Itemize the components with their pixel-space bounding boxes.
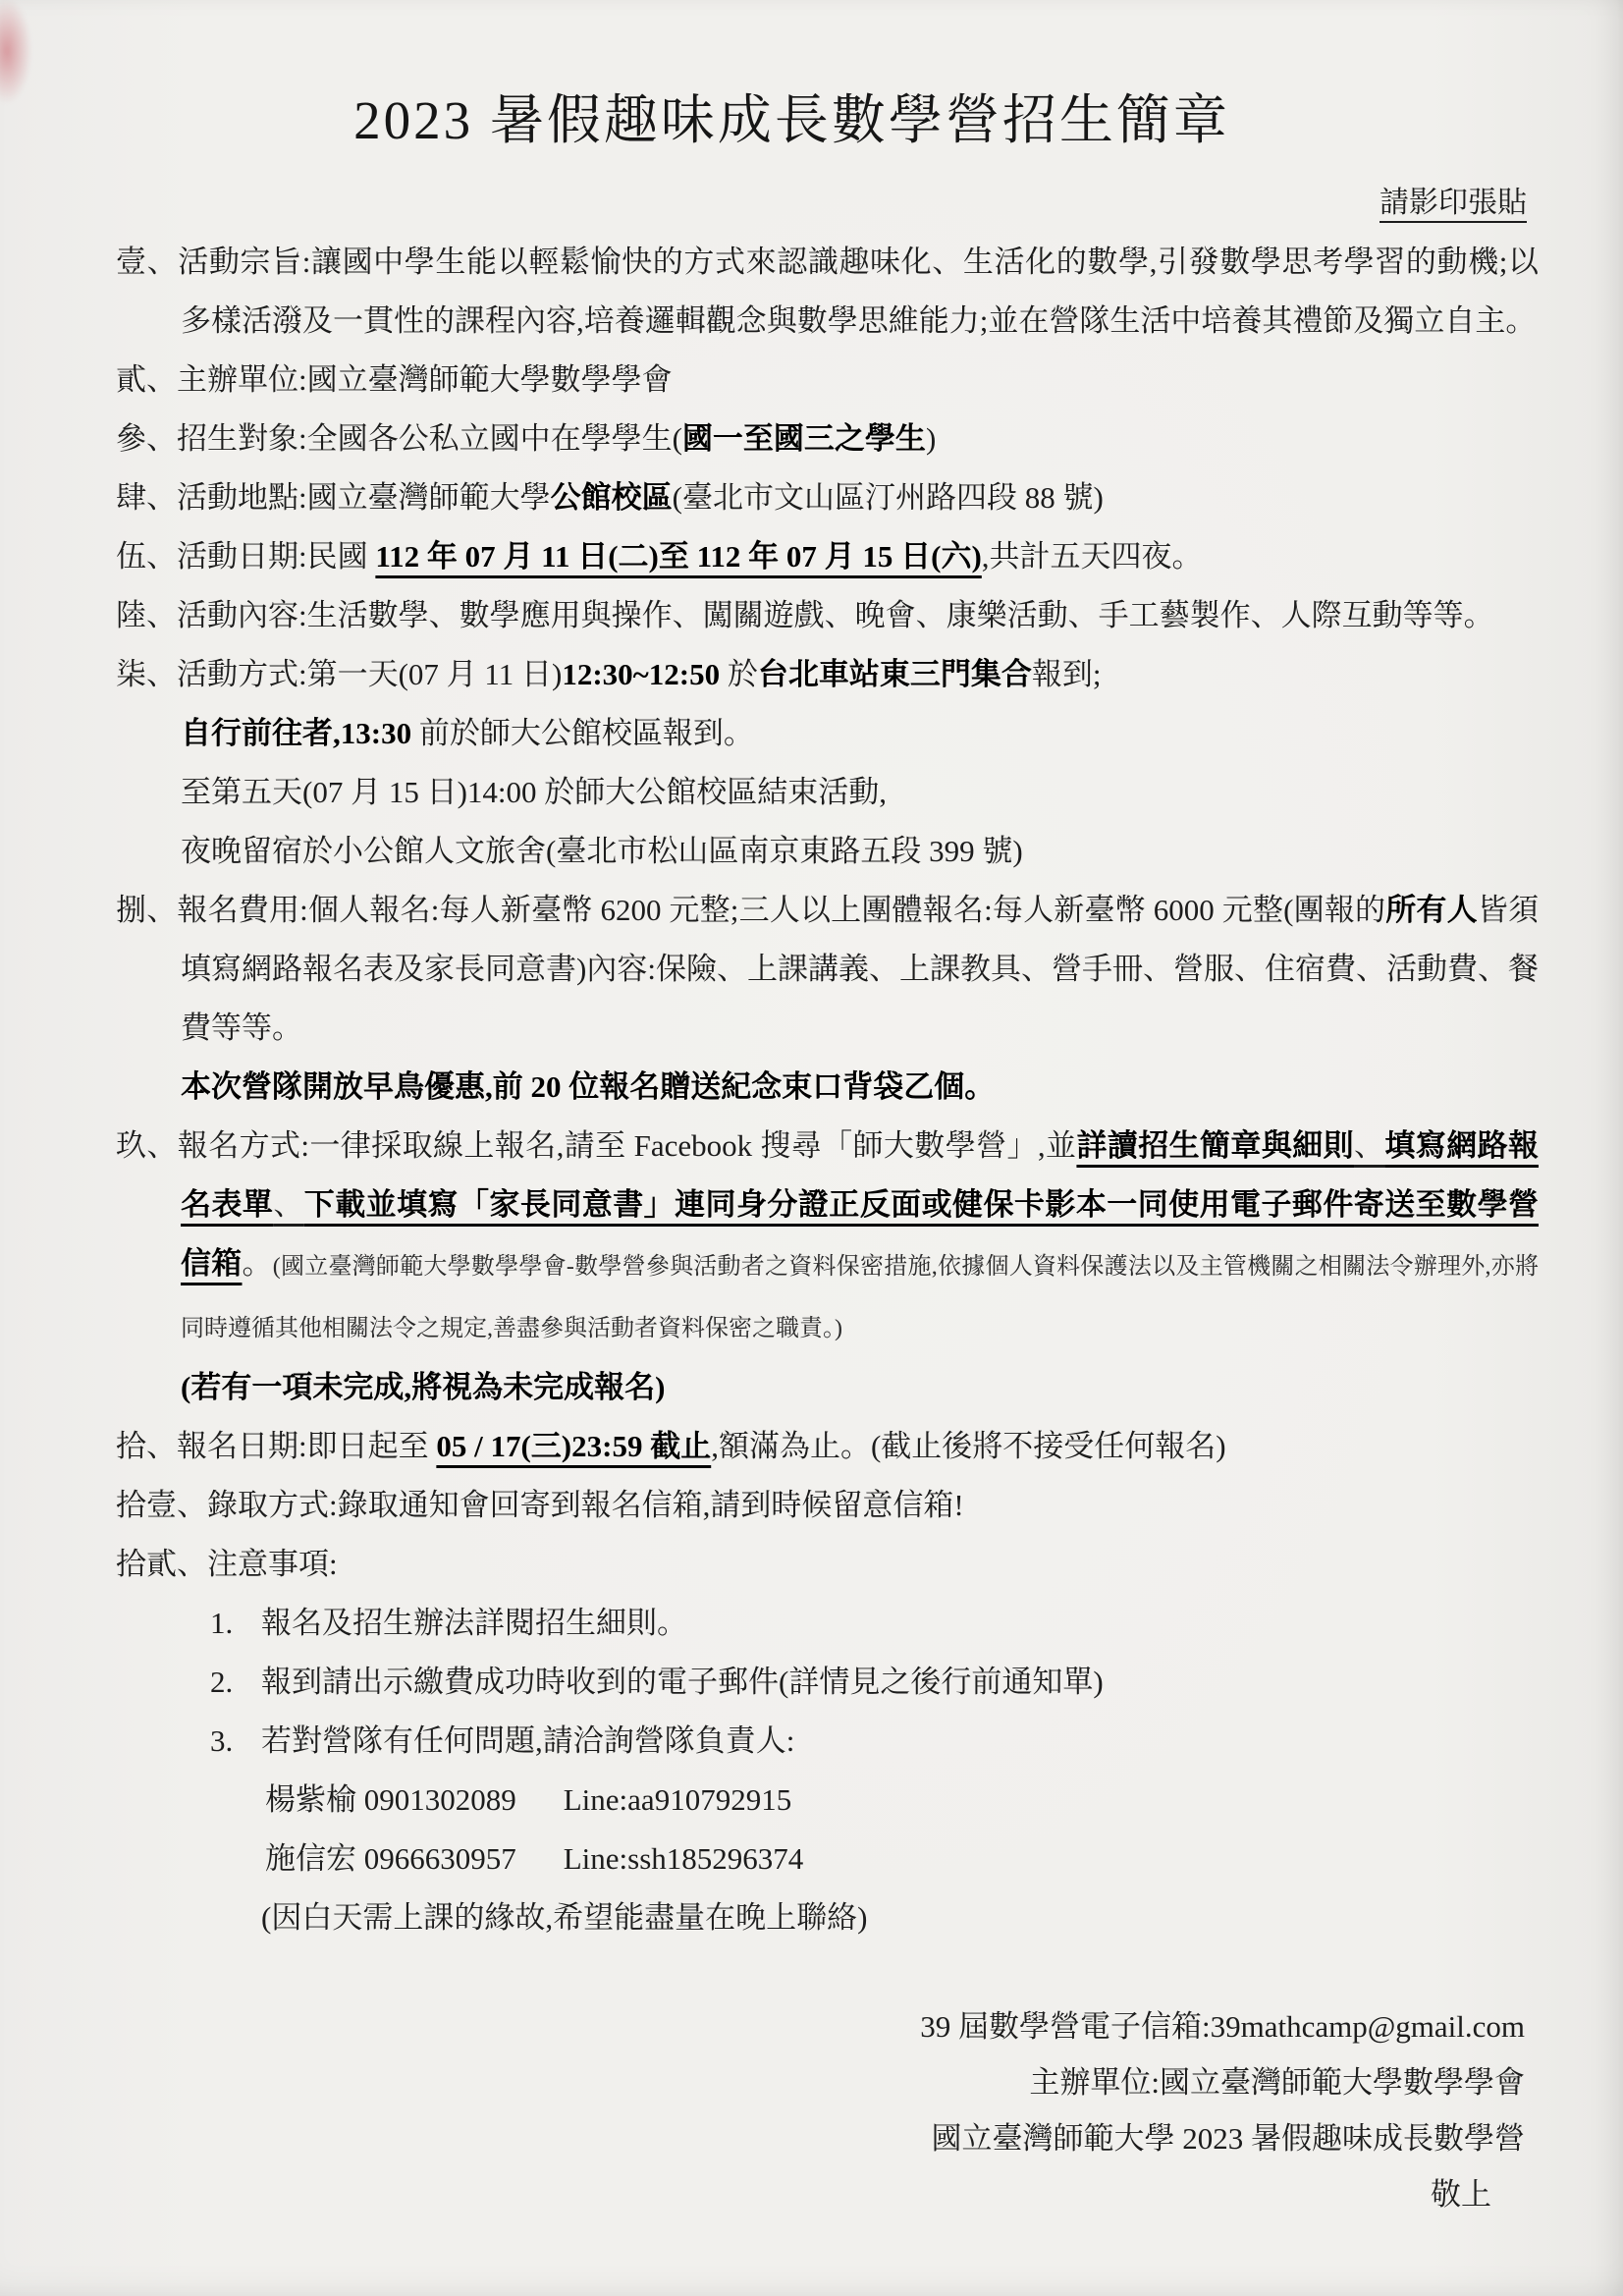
method-cont-self: 自行前往者,13:30 前於師大公館校區報到。 [116,704,1539,763]
text-segment: 活動內容:生活數學、數學應用與操作、闖關遊戲、晚會、康樂活動、手工藝製作、人際互… [177,598,1494,632]
item-label: 貳、 [116,362,177,397]
footer-closing: 敬上 [0,2166,1525,2222]
text-segment: 楊紫榆 0901302089 [265,1782,516,1817]
document-body: 壹、活動宗旨:讓國中學生能以輕鬆愉快的方式來認識趣味化、生活化的數學,引發數學思… [0,221,1623,1947]
text-segment: 公館校區 [551,480,673,515]
item-label: 壹、 [116,245,178,279]
item-label: 參、 [116,421,177,456]
footer-email-line: 39 屆數學營電子信箱:39mathcamp@gmail.com [0,1998,1525,2054]
text-segment: Line:ssh185296374 [564,1841,804,1876]
scanned-document-page: 2023 暑假趣味成長數學營招生簡章 請影印張貼 壹、活動宗旨:讓國中學生能以輕… [0,0,1623,2296]
text-segment: ) [926,421,936,456]
dates-item: 伍、活動日期:民國 112 年 07 月 11 日(二)至 112 年 07 月… [116,527,1539,586]
text-segment: (因白天需上課的緣故,希望能盡量在晚上聯絡) [261,1900,867,1935]
text-segment: 本次營隊開放早鳥優惠,前 20 位報名贈送紀念束口背袋乙個。 [181,1069,995,1104]
text-segment: 招生對象:全國各公私立國中在學學生( [177,421,682,456]
item-label: 柒、 [116,657,177,691]
item-label: 捌、 [116,893,177,927]
item-label: 拾壹、 [116,1488,207,1522]
text-segment: 報到; [1032,657,1102,691]
text-segment: ,額滿為止。(截止後將不接受任何報名) [711,1429,1225,1463]
text-segment: 詳讀招生簡章與細則 [1076,1128,1354,1163]
text-segment: 、 [1354,1128,1384,1163]
location-item: 肆、活動地點:國立臺灣師範大學公館校區(臺北市文山區汀州路四段 88 號) [116,468,1539,527]
text-segment: Line:aa910792915 [564,1782,791,1817]
text-segment: 112 年 07 月 11 日(二)至 112 年 07 月 15 日(六) [375,539,981,574]
document-footer: 39 屆數學營電子信箱:39mathcamp@gmail.com 主辦單位:國立… [0,1998,1623,2222]
text-segment: 12:30~12:50 [562,657,720,691]
text-segment: 05 / 17(三)23:59 截止 [436,1429,711,1463]
text-segment: 於 [720,657,758,691]
item-label: 陸、 [116,598,177,632]
contact-yang: 楊紫榆 0901302089Line:aa910792915 [116,1771,1539,1830]
text-segment: 至第五天(07 月 15 日)14:00 於師大公館校區結束活動, [181,775,887,809]
deadline-item: 拾、報名日期:即日起至 05 / 17(三)23:59 截止,額滿為止。(截止後… [116,1417,1539,1476]
text-segment: 報名費用:個人報名:每人新臺幣 6200 元整;三人以上團體報名:每人新臺幣 6… [177,893,1385,927]
target-item: 參、招生對象:全國各公私立國中在學學生(國一至國三之學生) [116,410,1539,468]
text-segment: 、 [273,1187,303,1222]
text-segment: 活動日期:民國 [177,539,375,574]
text-segment: 注意事項: [207,1547,338,1581]
text-segment: 國一至國三之學生 [682,421,926,456]
text-segment: 活動方式:第一天(07 月 11 日) [177,657,562,691]
text-segment: (臺北市文山區汀州路四段 88 號) [673,480,1104,515]
text-segment: 前於師大公館校區報到。 [411,716,754,750]
fee-item: 捌、報名費用:個人報名:每人新臺幣 6200 元整;三人以上團體報名:每人新臺幣… [116,881,1539,1058]
text-segment: 施信宏 0966630957 [265,1841,516,1876]
text-segment: 台北車站東三門集合 [758,657,1032,691]
method-cont-day5: 至第五天(07 月 15 日)14:00 於師大公館校區結束活動, [116,763,1539,822]
admission-item: 拾壹、錄取方式:錄取通知會回寄到報名信箱,請到時候留意信箱! [116,1476,1539,1535]
contact-time-note: (因白天需上課的緣故,希望能盡量在晚上聯絡) [116,1888,1539,1947]
contact-shi: 施信宏 0966630957Line:ssh185296374 [116,1830,1539,1888]
text-segment: ,共計五天四夜。 [982,539,1203,574]
item-label: 拾、 [116,1429,177,1463]
text-segment: (國立臺灣師範大學數學學會-數學營參與活動者之資料保密措施,依據個人資料保護法以… [181,1254,1539,1341]
item-label: 拾貳、 [116,1547,207,1581]
text-segment: 活動地點:國立臺灣師範大學 [177,480,551,515]
document-title: 2023 暑假趣味成長數學營招生簡章 [0,77,1584,154]
notes-item: 拾貳、注意事項: [116,1535,1539,1594]
organizer-item: 貳、主辦單位:國立臺灣師範大學數學學會 [116,351,1539,410]
content-item: 陸、活動內容:生活數學、數學應用與操作、闖關遊戲、晚會、康樂活動、手工藝製作、人… [116,586,1539,645]
item-label: 玖、 [116,1128,178,1163]
text-segment: 報名方式:一律採取線上報名,請至 Facebook 搜尋「師大數學營」,並 [178,1128,1077,1163]
text-segment: (若有一項未完成,將視為未完成報名) [181,1370,665,1404]
item-label: 伍、 [116,539,177,574]
text-segment: 主辦單位:國立臺灣師範大學數學學會 [177,362,673,397]
list-number: 3. [210,1712,240,1771]
footer-camp-line: 國立臺灣師範大學 2023 暑假趣味成長數學營 [0,2110,1525,2166]
note-3: 3.若對營隊有任何問題,請洽詢營隊負責人: [116,1712,1539,1771]
text-segment: 夜晚留宿於小公館人文旅舍(臺北市松山區南京東路五段 399 號) [181,834,1023,868]
item-label: 肆、 [116,480,177,515]
text-segment: 所有人 [1385,893,1478,927]
note-1: 1.報名及招生辦法詳閱招生細則。 [116,1594,1539,1653]
earlybird-line: 本次營隊開放早鳥優惠,前 20 位報名贈送紀念束口背袋乙個。 [116,1058,1539,1117]
list-number: 1. [210,1594,240,1653]
text-segment: 報名日期:即日起至 [177,1429,436,1463]
footer-organizer-line: 主辦單位:國立臺灣師範大學數學學會 [0,2054,1525,2110]
print-paste-note: 請影印張貼 [0,178,1623,221]
text-segment: 錄取方式:錄取通知會回寄到報名信箱,請到時候留意信箱! [207,1488,964,1522]
method-item: 柒、活動方式:第一天(07 月 11 日)12:30~12:50 於台北車站東三… [116,645,1539,704]
registration-item: 玖、報名方式:一律採取線上報名,請至 Facebook 搜尋「師大數學營」,並詳… [116,1117,1539,1358]
text-segment: 報名及招生辦法詳閱招生細則。 [261,1606,687,1640]
text-segment: 若對營隊有任何問題,請洽詢營隊負責人: [261,1723,794,1758]
text-segment: 報到請出示繳費成功時收到的電子郵件(詳情見之後行前通知單) [261,1665,1104,1699]
text-segment: 活動宗旨:讓國中學生能以輕鬆愉快的方式來認識趣味化、生活化的數學,引發數學思考學… [178,245,1539,338]
text-segment: 自行前往者,13:30 [181,716,411,750]
note-2: 2.報到請出示繳費成功時收到的電子郵件(詳情見之後行前通知單) [116,1653,1539,1712]
list-number: 2. [210,1653,240,1712]
text-segment: 。 [242,1246,272,1281]
method-cont-stay: 夜晚留宿於小公館人文旅舍(臺北市松山區南京東路五段 399 號) [116,822,1539,881]
purpose-item: 壹、活動宗旨:讓國中學生能以輕鬆愉快的方式來認識趣味化、生活化的數學,引發數學思… [116,233,1539,351]
incomplete-warning: (若有一項未完成,將視為未完成報名) [116,1358,1539,1417]
